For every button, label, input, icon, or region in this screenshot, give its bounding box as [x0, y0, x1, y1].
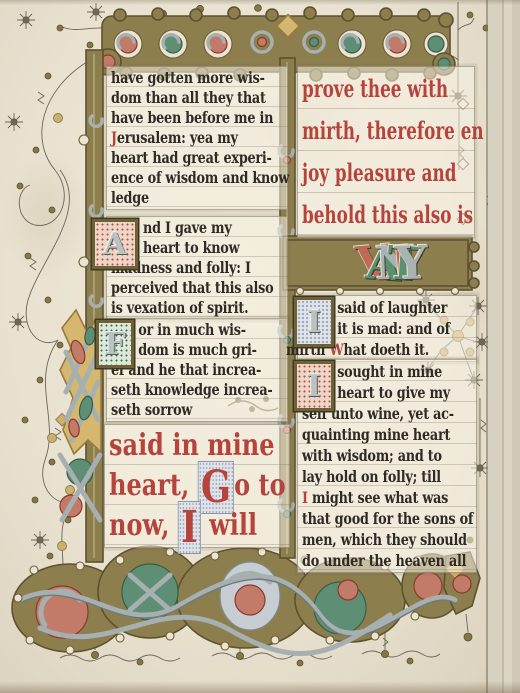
rubric-block-said-in-mine-heart: said in mineheart, Go tonow, I will [104, 424, 290, 548]
decorated-initial-F: F [96, 320, 134, 368]
book-page-edges [486, 0, 520, 693]
decorated-initial-I-said: I [294, 297, 334, 347]
left-border-bar [60, 50, 103, 562]
ornamental-word-vanity: VANITY [290, 236, 468, 290]
decorated-initial-A: A [92, 219, 138, 269]
rubric-block-prove-thee: prove thee withmirth, therefore enjoy pl… [297, 66, 475, 238]
manuscript-page-photo: have gotten more wis-dom than all they t… [0, 0, 520, 693]
verse-block-wisdom: have gotten more wis-dom than all they t… [106, 66, 288, 210]
decorated-initial-I-sought: I [294, 361, 334, 411]
photo-bottom-shadow [0, 681, 520, 693]
photo-top-shadow [0, 0, 520, 5]
